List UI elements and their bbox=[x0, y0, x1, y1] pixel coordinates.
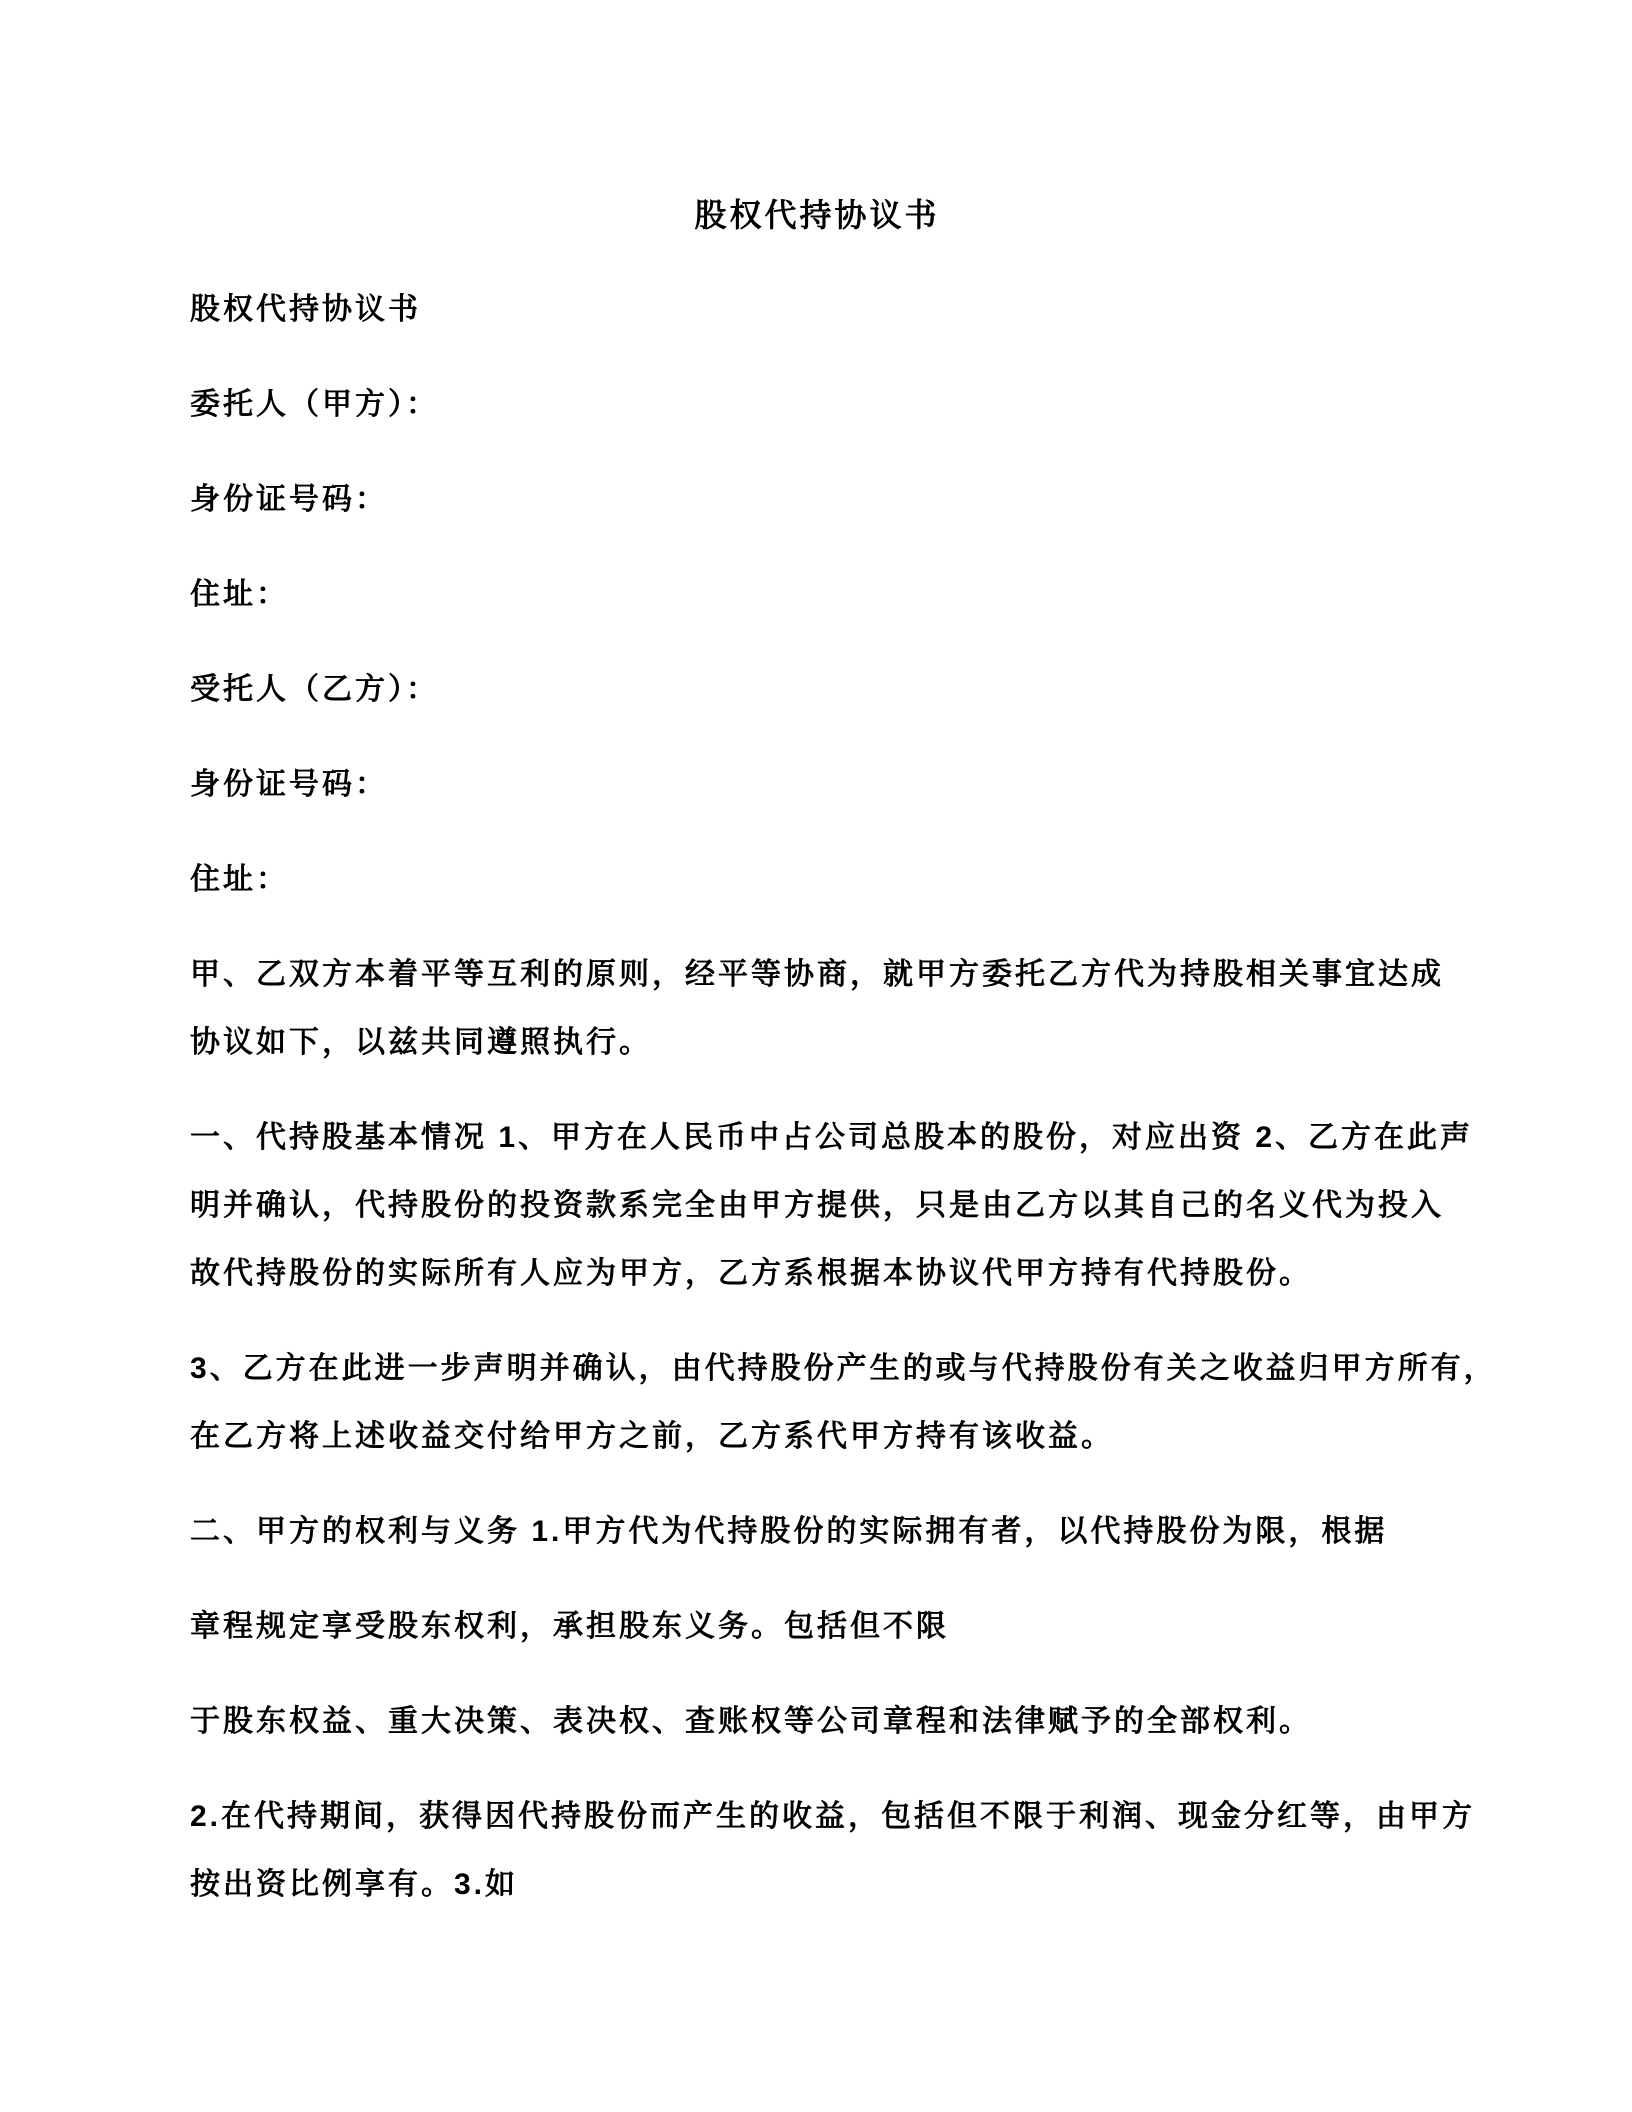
paragraph-line: 3、乙方在此进一步声明并确认，由代持股份产生的或与代持股份有关之收益归甲方所有， bbox=[190, 1335, 1444, 1403]
paragraph: 二、甲方的权利与义务 1.甲方代为代持股份的实际拥有者，以代持股份为限，根据 bbox=[190, 1498, 1444, 1566]
paragraph-line: 住址： bbox=[190, 561, 1444, 629]
paragraph: 身份证号码： bbox=[190, 466, 1444, 534]
paragraph: 2.在代持期间，获得因代持股份而产生的收益，包括但不限于利润、现金分红等，由甲方… bbox=[190, 1783, 1444, 1919]
paragraph: 身份证号码： bbox=[190, 751, 1444, 819]
paragraph-line: 于股东权益、重大决策、表决权、查账权等公司章程和法律赋予的全部权利。 bbox=[190, 1688, 1444, 1756]
paragraph-line: 一、代持股基本情况 1、甲方在人民币中占公司总股本的股份，对应出资 2、乙方在此… bbox=[190, 1104, 1444, 1172]
paragraph-line: 身份证号码： bbox=[190, 466, 1444, 534]
paragraph-line: 身份证号码： bbox=[190, 751, 1444, 819]
paragraph-line: 股权代持协议书 bbox=[190, 276, 1444, 344]
paragraph-line: 二、甲方的权利与义务 1.甲方代为代持股份的实际拥有者，以代持股份为限，根据 bbox=[190, 1498, 1444, 1566]
paragraph: 一、代持股基本情况 1、甲方在人民币中占公司总股本的股份，对应出资 2、乙方在此… bbox=[190, 1104, 1444, 1308]
paragraph-line: 受托人（乙方）： bbox=[190, 656, 1444, 724]
paragraph-line: 甲、乙双方本着平等互利的原则，经平等协商，就甲方委托乙方代为持股相关事宜达成 bbox=[190, 941, 1444, 1009]
paragraph: 住址： bbox=[190, 561, 1444, 629]
paragraph-line: 故代持股份的实际所有人应为甲方，乙方系根据本协议代甲方持有代持股份。 bbox=[190, 1240, 1444, 1308]
paragraph-line: 明并确认，代持股份的投资款系完全由甲方提供，只是由乙方以其自己的名义代为投入 bbox=[190, 1172, 1444, 1240]
paragraph: 住址： bbox=[190, 846, 1444, 914]
paragraph: 受托人（乙方）： bbox=[190, 656, 1444, 724]
paragraph: 股权代持协议书 bbox=[190, 276, 1444, 344]
document-body: 股权代持协议书委托人（甲方）：身份证号码：住址：受托人（乙方）：身份证号码：住址… bbox=[190, 276, 1444, 1919]
paragraph-line: 章程规定享受股东权利，承担股东义务。包括但不限 bbox=[190, 1593, 1444, 1661]
paragraph-line: 住址： bbox=[190, 846, 1444, 914]
paragraph: 甲、乙双方本着平等互利的原则，经平等协商，就甲方委托乙方代为持股相关事宜达成协议… bbox=[190, 941, 1444, 1077]
document-title: 股权代持协议书 bbox=[190, 181, 1444, 249]
paragraph: 于股东权益、重大决策、表决权、查账权等公司章程和法律赋予的全部权利。 bbox=[190, 1688, 1444, 1756]
paragraph-line: 协议如下，以兹共同遵照执行。 bbox=[190, 1009, 1444, 1077]
document-page: 股权代持协议书 股权代持协议书委托人（甲方）：身份证号码：住址：受托人（乙方）：… bbox=[0, 0, 1632, 2112]
paragraph: 3、乙方在此进一步声明并确认，由代持股份产生的或与代持股份有关之收益归甲方所有，… bbox=[190, 1335, 1444, 1471]
paragraph-line: 2.在代持期间，获得因代持股份而产生的收益，包括但不限于利润、现金分红等，由甲方 bbox=[190, 1783, 1444, 1851]
paragraph: 委托人（甲方）： bbox=[190, 371, 1444, 439]
paragraph-line: 按出资比例享有。3.如 bbox=[190, 1851, 1444, 1919]
paragraph-line: 在乙方将上述收益交付给甲方之前，乙方系代甲方持有该收益。 bbox=[190, 1403, 1444, 1471]
paragraph-line: 委托人（甲方）： bbox=[190, 371, 1444, 439]
paragraph: 章程规定享受股东权利，承担股东义务。包括但不限 bbox=[190, 1593, 1444, 1661]
